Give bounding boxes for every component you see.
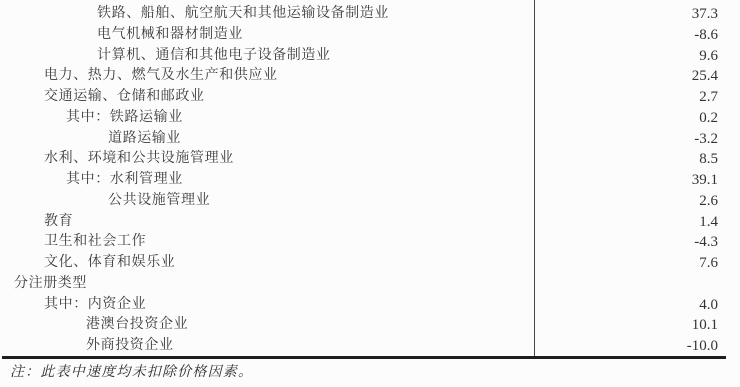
row-value: 4.0 (699, 295, 718, 316)
row-label: 其中：内资企业 (44, 295, 146, 316)
row-value: 2.7 (699, 87, 718, 108)
table-row: 电力、热力、燃气及水生产和供应业 25.4 (0, 66, 740, 87)
statistical-bulletin-table-page: 铁路、船舶、航空航天和其他运输设备制造业 37.3 电气机械和器材制造业 -8.… (0, 0, 740, 387)
row-label: 卫生和社会工作 (44, 232, 146, 253)
row-value: 10.1 (692, 315, 718, 336)
row-value: -4.3 (694, 232, 718, 253)
table-row: 其中：铁路运输业 0.2 (0, 108, 740, 129)
table-row: 铁路、船舶、航空航天和其他运输设备制造业 37.3 (0, 4, 740, 25)
table-row: 港澳台投资企业 10.1 (0, 315, 740, 336)
table-bottom-rule (2, 356, 726, 359)
table-rows: 铁路、船舶、航空航天和其他运输设备制造业 37.3 电气机械和器材制造业 -8.… (0, 4, 740, 357)
table-row: 文化、体育和娱乐业 7.6 (0, 253, 740, 274)
table-row: 电气机械和器材制造业 -8.6 (0, 25, 740, 46)
row-value: 9.6 (699, 46, 718, 67)
row-value: 7.6 (699, 253, 718, 274)
column-divider-line (534, 0, 535, 357)
row-value: 25.4 (692, 66, 718, 87)
table-row: 教育 1.4 (0, 212, 740, 233)
row-label: 文化、体育和娱乐业 (44, 253, 175, 274)
row-value: 2.6 (699, 191, 718, 212)
row-label: 其中：铁路运输业 (66, 108, 183, 129)
row-label: 铁路、船舶、航空航天和其他运输设备制造业 (97, 4, 389, 25)
table-row: 交通运输、仓储和邮政业 2.7 (0, 87, 740, 108)
row-value: -3.2 (694, 129, 718, 150)
row-value: 0.2 (699, 108, 718, 129)
table-row: 计算机、通信和其他电子设备制造业 9.6 (0, 46, 740, 67)
row-label: 电气机械和器材制造业 (97, 25, 243, 46)
row-value: 37.3 (692, 4, 718, 25)
row-value: 8.5 (699, 149, 718, 170)
row-value: 1.4 (699, 212, 718, 233)
row-label: 公共设施管理业 (108, 191, 210, 212)
row-value: 39.1 (692, 170, 718, 191)
table-row: 公共设施管理业 2.6 (0, 191, 740, 212)
row-value: -8.6 (694, 25, 718, 46)
table-footnote: 注：此表中速度均未扣除价格因素。 (10, 361, 253, 381)
table-row: 道路运输业 -3.2 (0, 129, 740, 150)
table-row: 分注册类型 (0, 274, 740, 295)
row-label: 计算机、通信和其他电子设备制造业 (97, 46, 331, 67)
row-label: 分注册类型 (14, 274, 87, 295)
row-label: 电力、热力、燃气及水生产和供应业 (44, 66, 278, 87)
table-row: 其中：水利管理业 39.1 (0, 170, 740, 191)
row-label: 其中：水利管理业 (66, 170, 183, 191)
row-label: 外商投资企业 (86, 336, 174, 357)
table-row: 外商投资企业 -10.0 (0, 336, 740, 357)
row-label: 道路运输业 (108, 129, 181, 150)
table-row: 卫生和社会工作 -4.3 (0, 232, 740, 253)
table-row: 水利、环境和公共设施管理业 8.5 (0, 149, 740, 170)
row-label: 教育 (44, 212, 73, 233)
row-label: 交通运输、仓储和邮政业 (44, 87, 205, 108)
row-value: -10.0 (687, 336, 718, 357)
row-label: 水利、环境和公共设施管理业 (44, 149, 234, 170)
row-label: 港澳台投资企业 (86, 315, 188, 336)
table-row: 其中：内资企业 4.0 (0, 295, 740, 316)
